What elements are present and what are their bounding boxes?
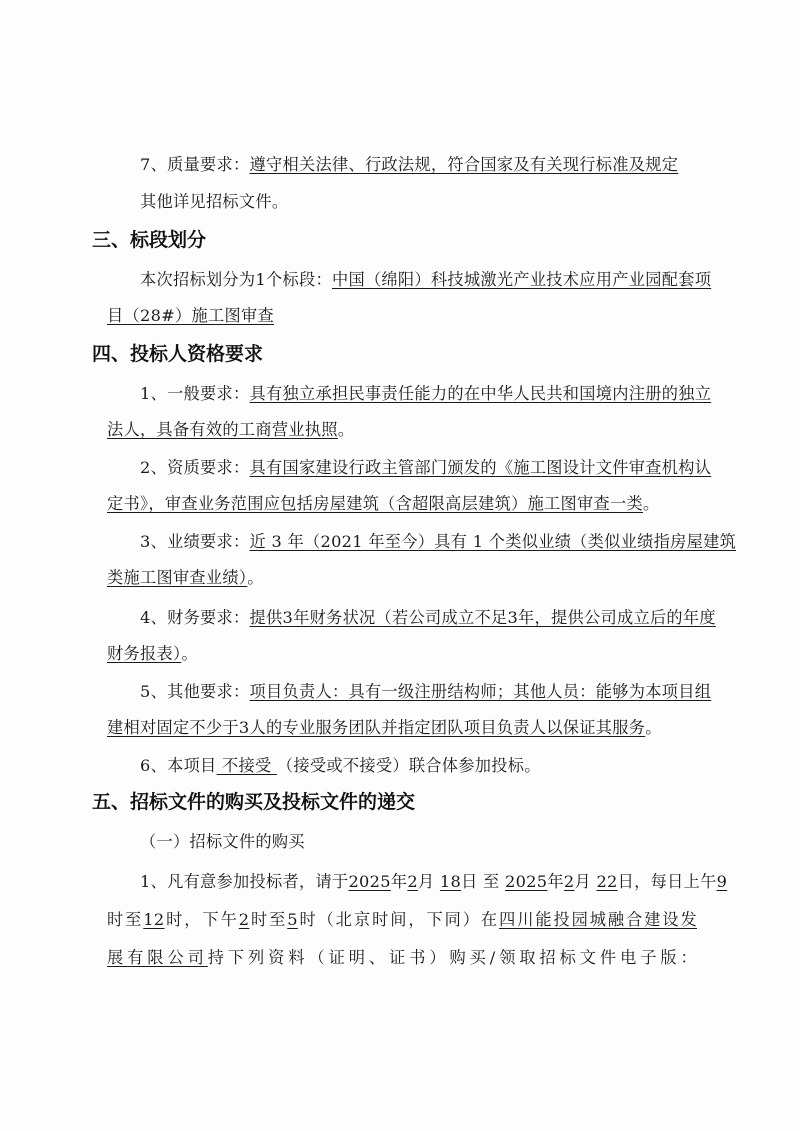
text: 年 (391, 872, 408, 891)
purchase-para-line-3: 展有限公司持下列资料（证明、证书）购买/领取招标文件电子版： (107, 948, 697, 968)
general-requirement-label: 1、一般要求： (140, 384, 250, 403)
document-page: 7、质量要求：遵守相关法律、行政法规，符合国家及有关现行标准及规定 其他详见招标… (0, 0, 800, 1131)
section-3-heading: 三、标段划分 (92, 228, 206, 252)
qualification-requirement-text-b: 定书》，审查业务范围应包括房屋建筑（含超限高层建筑）施工图审查一类 (107, 494, 643, 513)
purchase-para-line-2: 时至12时，下午2时至5时（北京时间，下同）在四川能投园城融合建设发 (107, 910, 697, 930)
start-year: 2025 (348, 872, 390, 891)
end-year: 2025 (505, 872, 547, 891)
general-requirement-line-1: 1、一般要求：具有独立承担民事责任能力的在中华人民共和国境内注册的独立 (140, 384, 697, 404)
financial-requirement-line-2: 财务报表）。 (107, 644, 707, 664)
text: 时至 (107, 910, 143, 929)
text: 年 (547, 872, 564, 891)
section-3-project-name-b: 目（28#）施工图审查 (107, 306, 274, 325)
performance-requirement-label: 3、业绩要求： (140, 532, 250, 551)
purchase-intro: 1、凡有意参加投标者，请于 (140, 872, 348, 891)
company-name-b: 展有限公司 (107, 948, 208, 967)
financial-requirement-label: 4、财务要求： (140, 608, 250, 627)
period: 。 (645, 718, 662, 737)
general-requirement-text-a: 具有独立承担民事责任能力的在中华人民共和国境内注册的独立 (250, 384, 712, 403)
quality-requirement-value: 遵守相关法律、行政法规，符合国家及有关现行标准及规定 (250, 155, 679, 174)
section-5-subtitle: （一）招标文件的购买 (140, 832, 740, 852)
period: 。 (181, 644, 198, 663)
purchase-para-line-1: 1、凡有意参加投标者，请于2025年2月 18日 至 2025年2月 22日，每… (140, 872, 697, 892)
section-5-heading: 五、招标文件的购买及投标文件的递交 (92, 790, 415, 814)
general-requirement-line-2: 法人，具备有效的工商营业执照。 (107, 420, 707, 440)
company-name-a: 四川能投园城融合建设发 (499, 910, 697, 929)
text: 时，下午 (165, 910, 239, 929)
start-day: 18 (440, 872, 461, 891)
quality-requirement-line: 7、质量要求：遵守相关法律、行政法规，符合国家及有关现行标准及规定 (140, 155, 740, 175)
other-details-text: 其他详见招标文件。 (140, 192, 288, 211)
section-3-para-line-2: 目（28#）施工图审查 (107, 306, 707, 326)
text: 日 至 (461, 872, 505, 891)
qualification-requirement-text-a: 具有国家建设行政主管部门颁发的《施工图设计文件审查机构认 (250, 458, 712, 477)
quality-requirement-label: 7、质量要求： (140, 155, 250, 174)
consortium-value: 不接受 (217, 756, 277, 775)
period: 。 (338, 420, 355, 439)
other-requirement-text-b: 建相对固定不少于3人的专业服务团队并指定团队项目负责人以保证其服务 (107, 718, 645, 737)
text: 日，每日上午 (618, 872, 717, 891)
performance-requirement-text-a: 近 3 年（2021 年至今）具有 1 个类似业绩（类似业绩指房屋建筑 (250, 532, 737, 551)
financial-requirement-text-b: 财务报表） (107, 644, 181, 663)
financial-requirement-text-a: 提供3年财务状况（若公司成立不足3年，提供公司成立后的年度 (250, 608, 716, 627)
general-requirement-text-b: 法人，具备有效的工商营业执照 (107, 420, 338, 439)
other-requirement-line-2: 建相对固定不少于3人的专业服务团队并指定团队项目负责人以保证其服务。 (107, 718, 707, 738)
consortium-suffix: （接受或不接受）联合体参加投标。 (277, 756, 541, 775)
text: 时至 (249, 910, 287, 929)
section-3-para-line-1: 本次招标划分为1个标段：中国（绵阳）科技城激光产业技术应用产业园配套项 (140, 270, 697, 290)
qualification-requirement-line-2: 定书》，审查业务范围应包括房屋建筑（含超限高层建筑）施工图审查一类。 (107, 494, 707, 514)
pm-end-hour: 5 (287, 910, 298, 929)
other-requirement-line-1: 5、其他要求：项目负责人：具有一级注册结构师；其他人员：能够为本项目组 (140, 682, 697, 702)
qualification-requirement-label: 2、资质要求： (140, 458, 250, 477)
pm-start-hour: 2 (239, 910, 250, 929)
section-3-project-name-a: 中国（绵阳）科技城激光产业技术应用产业园配套项 (332, 270, 711, 289)
performance-requirement-line-1: 3、业绩要求：近 3 年（2021 年至今）具有 1 个类似业绩（类似业绩指房屋… (140, 532, 697, 552)
text: 月 (575, 872, 597, 891)
consortium-line: 6、本项目 不接受 （接受或不接受）联合体参加投标。 (140, 756, 740, 776)
text: 月 (418, 872, 440, 891)
period: 。 (643, 494, 660, 513)
performance-requirement-line-2: 类施工图审查业绩）。 (107, 568, 707, 588)
period: 。 (247, 568, 264, 587)
financial-requirement-line-1: 4、财务要求：提供3年财务状况（若公司成立不足3年，提供公司成立后的年度 (140, 608, 697, 628)
other-details-line: 其他详见招标文件。 (140, 192, 740, 212)
end-month: 2 (564, 872, 575, 891)
end-day: 22 (596, 872, 617, 891)
text: 持下列资料（证明、证书）购买/领取招标文件电子版： (208, 948, 697, 967)
other-requirement-text-a: 项目负责人：具有一级注册结构师；其他人员：能够为本项目组 (250, 682, 712, 701)
am-end-hour: 12 (143, 910, 164, 929)
qualification-requirement-line-1: 2、资质要求：具有国家建设行政主管部门颁发的《施工图设计文件审查机构认 (140, 458, 697, 478)
start-month: 2 (407, 872, 418, 891)
consortium-label: 6、本项目 (140, 756, 217, 775)
other-requirement-label: 5、其他要求： (140, 682, 250, 701)
section-3-para-label: 本次招标划分为1个标段： (140, 270, 332, 289)
section-4-heading: 四、投标人资格要求 (92, 342, 263, 366)
text: 时（北京时间，下同）在 (298, 910, 499, 929)
am-start-hour: 9 (717, 872, 728, 891)
performance-requirement-text-b: 类施工图审查业绩） (107, 568, 247, 587)
